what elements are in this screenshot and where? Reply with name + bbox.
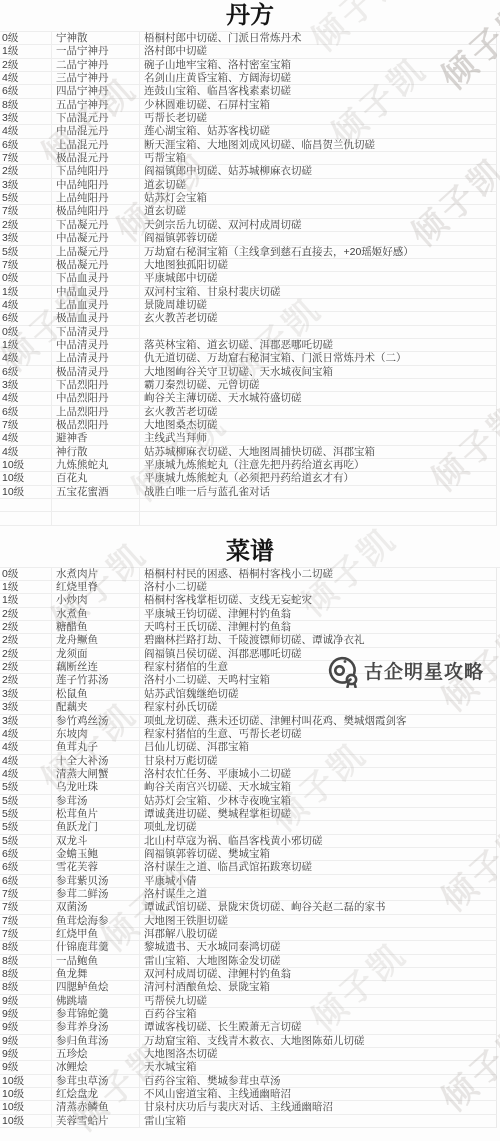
source-cell: 不风山密道宝箱、主线通幽暗沼 [140, 1088, 496, 1100]
name-cell: 藕断丝连 [52, 661, 140, 673]
name-cell: 中品血灵丹 [52, 286, 140, 298]
table-row: 6级参茸紫贝汤平康城小倩 [0, 875, 497, 888]
name-cell: 极品清灵丹 [52, 366, 140, 378]
source-cell: 平康城小倩 [140, 875, 496, 887]
level-cell: 8级 [0, 981, 52, 993]
name-cell: 极品烈阳丹 [52, 419, 140, 431]
level-cell: 2级 [0, 219, 52, 231]
source-cell: 平康城王钧切磋、津鲤村钓鱼翁 [140, 608, 496, 620]
logo-badge-icon [326, 653, 359, 688]
name-cell: 参归鱼茸汤 [52, 1035, 140, 1047]
level-cell: 4级 [0, 755, 52, 767]
source-cell: 梧桐村村民的困惑、梧桐村客栈小二切磋 [140, 568, 496, 580]
source-cell: 姑苏灯会宝箱、少林寺夜晚宝箱 [140, 795, 496, 807]
level-cell: 5级 [0, 795, 52, 807]
table-row [0, 512, 497, 525]
source-cell: 项虬龙切磋、燕未还切磋、津鲤村叫花鸡、樊城烟霞剑客 [140, 715, 496, 727]
source-cell: 洛村谋生之道、临昌武馆拓跋寒切磋 [140, 861, 496, 873]
name-cell [52, 499, 140, 511]
table-row: 5级松茸鱼片谭诚龚进切磋、樊城程掌柜切磋 [0, 808, 497, 821]
level-cell: 10级 [0, 472, 52, 484]
name-cell: 中品烈阳丹 [52, 392, 140, 404]
name-cell: 莲子竹荪汤 [52, 674, 140, 686]
name-cell: 松茸鱼片 [52, 808, 140, 820]
table-row: 1级一品宁神丹洛村郎中切磋 [0, 45, 497, 58]
source-cell: 道玄切磋 [140, 179, 496, 191]
name-cell: 鱼跃龙门 [52, 821, 140, 833]
level-cell: 9级 [0, 1035, 52, 1047]
source-cell: 落英林宝箱、道玄切磋、洱郡恶哪吒切磋 [140, 339, 496, 351]
level-cell: 9级 [0, 1048, 52, 1060]
table-row: 10级参茸虫草汤百药谷宝箱、樊城参茸虫草汤 [0, 1075, 497, 1088]
name-cell: 红烧甲鱼 [52, 928, 140, 940]
table-row: 6级极品血灵丹玄火教苦老切磋 [0, 312, 497, 325]
source-cell: 大地图桑杰切磋 [140, 419, 496, 431]
table-row: 7级极品混元丹丐帮宝箱 [0, 152, 497, 165]
source-cell: 天鸣村王氏切磋、津鲤村钓鱼翁 [140, 621, 496, 633]
table-row: 6级四品宁神丹连鼓山宝箱、临昌客栈素素切磋 [0, 85, 497, 98]
name-cell: 中品混元丹 [52, 125, 140, 137]
level-cell: 4级 [0, 768, 52, 780]
table-row: 1级中品清灵丹落英林宝箱、道玄切磋、洱郡恶哪吒切磋 [0, 339, 497, 352]
name-cell: 参茸养身汤 [52, 1021, 140, 1033]
level-cell: 8级 [0, 99, 52, 111]
level-cell: 7级 [0, 205, 52, 217]
name-cell: 一品宁神丹 [52, 45, 140, 57]
table-row: 2级下品凝元丹天剑宗岳九切磋、双河村成周切磋 [0, 219, 497, 232]
level-cell: 1级 [0, 581, 52, 593]
table-row: 9级冰鲤烩天水城宝箱 [0, 1061, 497, 1074]
name-cell: 清蒸赤鳞鱼 [52, 1101, 140, 1113]
source-cell: 霸刀秦烈切磋、元曾切磋 [140, 379, 496, 391]
level-cell: 6级 [0, 366, 52, 378]
table-row: 4级三品宁神丹名剑山庄黄昏宝箱、方阔海切磋 [0, 72, 497, 85]
table-row: 10级五宝花蜜酒战胜白唯一后与蓝孔雀对话 [0, 486, 497, 499]
source-cell: 名剑山庄黄昏宝箱、方阔海切磋 [140, 72, 496, 84]
table-row: 8级五品宁神丹少林圆难切磋、石屏村宝箱 [0, 99, 497, 112]
name-cell: 九炼熊蛇丸 [52, 459, 140, 471]
name-cell: 极品纯阳丹 [52, 205, 140, 217]
table-row: 6级雪花芙蓉洛村谋生之道、临昌武馆拓跋寒切磋 [0, 861, 497, 874]
table-row: 0级下品血灵丹平康城郎中切磋 [0, 272, 497, 285]
level-cell: 7级 [0, 915, 52, 927]
level-cell: 6级 [0, 848, 52, 860]
name-cell: 龙须面 [52, 648, 140, 660]
level-cell [0, 512, 52, 524]
level-cell: 4级 [0, 299, 52, 311]
level-cell: 5级 [0, 246, 52, 258]
level-cell: 7级 [0, 259, 52, 271]
table-row: 2级糖醋鱼天鸣村王氏切磋、津鲤村钓鱼翁 [0, 621, 497, 634]
name-cell: 二品宁神丹 [52, 59, 140, 71]
section-丹方: 丹方0级宁神散梧桐村郎中切磋、门派日常炼丹术1级一品宁神丹洛村郎中切磋2级二品宁… [0, 0, 500, 526]
name-cell: 极品血灵丹 [52, 312, 140, 324]
name-cell: 百花丸 [52, 472, 140, 484]
name-cell: 双菌汤 [52, 901, 140, 913]
source-cell: 大地图独孤阳切磋 [140, 259, 496, 271]
source-cell: 大地图王铁胆切磋 [140, 915, 496, 927]
name-cell: 中品纯阳丹 [52, 179, 140, 191]
table-row: 6级极品清灵丹大地图峋谷关守卫切磋、天水城夜间宝箱 [0, 366, 497, 379]
table-row: 5级双龙斗北山村草寇为祸、临昌客栈黄小邪切磋 [0, 835, 497, 848]
table-row: 9级参归鱼茸汤万劫窟宝箱、支线青木救衣、大地图陈茹儿切磋 [0, 1035, 497, 1048]
source-cell: 梧桐村郎中切磋、门派日常炼丹术 [140, 32, 496, 44]
guide-image: 倾子凯倾子凯倾子凯倾子凯倾子凯倾子凯倾子凯倾子凯倾子凯倾子凯倾子凯倾子凯倾子凯倾… [0, 0, 500, 1141]
name-cell: 芙蓉雪蛤片 [52, 1115, 140, 1127]
name-cell: 上品凝元丹 [52, 246, 140, 258]
source-cell: 清河村酒酿鱼烩、景陇宝箱 [140, 981, 496, 993]
level-cell: 8级 [0, 955, 52, 967]
level-cell: 10级 [0, 486, 52, 498]
source-cell: 丐帮宝箱 [140, 152, 496, 164]
source-cell: 丐帮长老切磋 [140, 112, 496, 124]
table-row: 10级红烩盘龙不风山密道宝箱、主线通幽暗沼 [0, 1088, 497, 1101]
source-cell: 阎福镇郎中切磋、姑苏城柳麻衣切磋 [140, 165, 496, 177]
source-cell: 雷山宝箱、大地图陈金发切磋 [140, 955, 496, 967]
name-cell: 参茸紫贝汤 [52, 875, 140, 887]
source-cell: 谭诚客栈切磋、长生殿萧无言切磋 [140, 1021, 496, 1033]
section-gap [0, 526, 500, 536]
name-cell: 四腮鲈鱼烩 [52, 981, 140, 993]
level-cell: 10级 [0, 1115, 52, 1127]
source-cell: 平康城九炼熊蛇丸（必须把丹药给道玄才有） [140, 472, 496, 484]
table-row: 3级配藕夹程家村孙氏切磋 [0, 701, 497, 714]
source-cell: 玄火教苦老切磋 [140, 312, 496, 324]
name-cell: 四品宁神丹 [52, 85, 140, 97]
level-cell: 6级 [0, 85, 52, 97]
source-cell: 丐帮侯九切磋 [140, 995, 496, 1007]
source-cell: 道玄切磋 [140, 205, 496, 217]
name-cell: 水煮肉片 [52, 568, 140, 580]
table-row: 5级鱼跃龙门项虬龙切磋 [0, 821, 497, 834]
level-cell: 6级 [0, 312, 52, 324]
table-row: 7级鱼茸烩海参大地图王铁胆切磋 [0, 915, 497, 928]
name-cell: 什锦鹿茸羹 [52, 941, 140, 953]
name-cell: 上品烈阳丹 [52, 406, 140, 418]
level-cell: 7级 [0, 928, 52, 940]
name-cell: 冰鲤烩 [52, 1061, 140, 1073]
table-row: 4级神行散姑苏城柳麻衣切磋、大地图周捕快切磋、洱郡宝箱 [0, 446, 497, 459]
table-row: 10级九炼熊蛇丸平康城九炼熊蛇丸（注意先把丹药给道玄再吃） [0, 459, 497, 472]
source-cell: 天剑宗岳九切磋、双河村成周切磋 [140, 219, 496, 231]
source-cell: 程家村猪倌的生意、丐帮长老切磋 [140, 728, 496, 740]
name-cell: 参茸锦蛇羹 [52, 1008, 140, 1020]
table-row: 7级极品烈阳丹大地图桑杰切磋 [0, 419, 497, 432]
name-cell: 小炒肉 [52, 594, 140, 606]
level-cell: 9级 [0, 1008, 52, 1020]
name-cell: 五珍烩 [52, 1048, 140, 1060]
table-row: 2级下品纯阳丹阎福镇郎中切磋、姑苏城柳麻衣切磋 [0, 165, 497, 178]
level-cell: 4级 [0, 446, 52, 458]
name-cell: 配藕夹 [52, 701, 140, 713]
name-cell: 清蒸大闸蟹 [52, 768, 140, 780]
table-row: 2级水煮鱼平康城王钧切磋、津鲤村钓鱼翁 [0, 608, 497, 621]
table-row: 4级鱼茸丸子吕仙儿切磋、洱郡宝箱 [0, 741, 497, 754]
level-cell: 0级 [0, 272, 52, 284]
name-cell: 避神香 [52, 432, 140, 444]
source-cell: 少林圆难切磋、石屏村宝箱 [140, 99, 496, 111]
name-cell: 神行散 [52, 446, 140, 458]
level-cell: 8级 [0, 941, 52, 953]
level-cell: 1级 [0, 339, 52, 351]
name-cell: 红烩盘龙 [52, 1088, 140, 1100]
bottom-padding [0, 1128, 500, 1140]
table-row: 4级避神香主线武当拜师 [0, 432, 497, 445]
level-cell: 5级 [0, 821, 52, 833]
level-cell: 2级 [0, 608, 52, 620]
table-row: 3级中品纯阳丹道玄切磋 [0, 179, 497, 192]
source-cell: 玄火教苦老切磋 [140, 406, 496, 418]
level-cell: 10级 [0, 1088, 52, 1100]
table-row: 6级金蟾玉鲍阎福镇郭蓉切磋、樊城宝箱 [0, 848, 497, 861]
source-cell: 平康城九炼熊蛇丸（注意先把丹药给道玄再吃） [140, 459, 496, 471]
table-row [0, 499, 497, 512]
table-row: 6级上品烈阳丹玄火教苦老切磋 [0, 406, 497, 419]
table-row: 1级中品血灵丹双河村宝箱、甘泉村裴庆切磋 [0, 286, 497, 299]
source-cell: 姑苏城柳麻衣切磋、大地图周捕快切磋、洱郡宝箱 [140, 446, 496, 458]
name-cell: 金蟾玉鲍 [52, 848, 140, 860]
guide-table: 丹方0级宁神散梧桐村郎中切磋、门派日常炼丹术1级一品宁神丹洛村郎中切磋2级二品宁… [0, 0, 500, 1140]
table-row: 2级二品宁神丹碗子山地牢宝箱、洛村密室宝箱 [0, 59, 497, 72]
name-cell: 糖醋鱼 [52, 621, 140, 633]
source-cell: 黎城遗书、天水城同泰鸿切磋 [140, 941, 496, 953]
source-cell: 大地图洛杰切磋 [140, 1048, 496, 1060]
name-cell: 极品凝元丹 [52, 259, 140, 271]
level-cell: 2级 [0, 648, 52, 660]
table-row: 5级参茸汤姑苏灯会宝箱、少林寺夜晚宝箱 [0, 795, 497, 808]
table-row: 9级参茸养身汤谭诚客栈切磋、长生殿萧无言切磋 [0, 1021, 497, 1034]
table-row: 3级松鼠鱼姑苏武馆魏继绝切磋 [0, 688, 497, 701]
name-cell: 参茸二鲜汤 [52, 888, 140, 900]
level-cell: 4级 [0, 392, 52, 404]
name-cell: 十全大补汤 [52, 755, 140, 767]
name-cell: 松鼠鱼 [52, 688, 140, 700]
table-row: 0级宁神散梧桐村郎中切磋、门派日常炼丹术 [0, 32, 497, 45]
name-cell: 龙舟鳜鱼 [52, 634, 140, 646]
name-cell: 上品混元丹 [52, 139, 140, 151]
source-cell: 峋谷关主薄切磋、天水城符盛切磋 [140, 392, 496, 404]
name-cell [52, 512, 140, 524]
name-cell: 参茸虫草汤 [52, 1075, 140, 1087]
level-cell: 9级 [0, 995, 52, 1007]
level-cell: 5级 [0, 781, 52, 793]
name-cell: 下品纯阳丹 [52, 165, 140, 177]
level-cell: 3级 [0, 232, 52, 244]
level-cell: 0级 [0, 32, 52, 44]
level-cell: 2级 [0, 674, 52, 686]
source-cell: 平康城郎中切磋 [140, 272, 496, 284]
source-cell: 姑苏武馆魏继绝切磋 [140, 688, 496, 700]
source-cell: 甘泉村庆功后与裴庆对话、主线通幽暗沼 [140, 1101, 496, 1113]
table-row: 7级红烧甲鱼洱郡解八股切磋 [0, 928, 497, 941]
table-row: 4级上品血灵丹景陇周雄切磋 [0, 299, 497, 312]
table-row: 5级上品凝元丹万劫窟右秘洞宝箱（主线拿到慈石直接去，+20瑶姬好感） [0, 246, 497, 259]
level-cell: 2级 [0, 634, 52, 646]
level-cell: 4级 [0, 432, 52, 444]
table-row: 4级中品烈阳丹峋谷关主薄切磋、天水城符盛切磋 [0, 392, 497, 405]
source-cell: 雷山宝箱 [140, 1115, 496, 1127]
source-cell: 万劫窟右秘洞宝箱（主线拿到慈石直接去，+20瑶姬好感） [140, 246, 496, 258]
name-cell: 下品烈阳丹 [52, 379, 140, 391]
level-cell: 5级 [0, 808, 52, 820]
source-cell: 洛村谋生之道 [140, 888, 496, 900]
level-cell: 6级 [0, 861, 52, 873]
level-cell: 9级 [0, 1021, 52, 1033]
level-cell: 3级 [0, 179, 52, 191]
name-cell: 五宝花蜜酒 [52, 486, 140, 498]
level-cell: 5级 [0, 192, 52, 204]
level-cell: 2级 [0, 165, 52, 177]
table-row: 7级极品凝元丹大地图独孤阳切磋 [0, 259, 497, 272]
source-cell: 连鼓山宝箱、临昌客栈素素切磋 [140, 85, 496, 97]
table-row: 7级参茸二鲜汤洛村谋生之道 [0, 888, 497, 901]
level-cell: 7级 [0, 901, 52, 913]
source-cell: 阎福镇郭蓉切磋、樊城宝箱 [140, 848, 496, 860]
source-cell: 甘泉村万彪切磋 [140, 755, 496, 767]
source-cell: 仇无道切磋、万劫窟右秘洞宝箱、门派日常炼丹术（二） [140, 352, 496, 364]
rows-container: 0级水煮肉片梧桐村村民的困惑、梧桐村客栈小二切磋1级红烧里脊洛村小二切磋1级小炒… [0, 567, 500, 1128]
source-cell: 谭诚武馆切磋、景陇宋货切磋、峋谷关赵二磊的家书 [140, 901, 496, 913]
level-cell: 4级 [0, 728, 52, 740]
name-cell: 宁神散 [52, 32, 140, 44]
name-cell: 三品宁神丹 [52, 72, 140, 84]
section-title: 丹方 [0, 0, 500, 31]
table-row: 3级下品混元丹丐帮长老切磋 [0, 112, 497, 125]
table-row: 10级清蒸赤鳞鱼甘泉村庆功后与裴庆对话、主线通幽暗沼 [0, 1101, 497, 1114]
level-cell: 3级 [0, 379, 52, 391]
table-row: 10级百花丸平康城九炼熊蛇丸（必须把丹药给道玄才有） [0, 472, 497, 485]
level-cell: 2级 [0, 661, 52, 673]
level-cell: 3级 [0, 715, 52, 727]
table-row: 0级下品清灵丹 [0, 326, 497, 339]
name-cell: 鱼龙舞 [52, 968, 140, 980]
source-cell: 程家村孙氏切磋 [140, 701, 496, 713]
level-cell: 3级 [0, 701, 52, 713]
level-cell [0, 499, 52, 511]
name-cell: 双龙斗 [52, 835, 140, 847]
name-cell: 一品鲍鱼 [52, 955, 140, 967]
name-cell: 上品清灵丹 [52, 352, 140, 364]
source-cell: 百药谷宝箱 [140, 1008, 496, 1020]
source-cell: 洛村农忙任务、平康城小二切磋 [140, 768, 496, 780]
level-cell: 7级 [0, 419, 52, 431]
name-cell: 鱼茸丸子 [52, 741, 140, 753]
source-cell: 天水城宝箱 [140, 1061, 496, 1073]
table-row: 9级五珍烩大地图洛杰切磋 [0, 1048, 497, 1061]
name-cell: 五品宁神丹 [52, 99, 140, 111]
table-row: 8级什锦鹿茸羹黎城遗书、天水城同泰鸿切磋 [0, 941, 497, 954]
name-cell: 雪花芙蓉 [52, 861, 140, 873]
source-cell: 万劫窟宝箱、支线青木救衣、大地图陈茹儿切磋 [140, 1035, 496, 1047]
level-cell: 10级 [0, 1075, 52, 1087]
table-row: 9级佛跳墙丐帮侯九切磋 [0, 995, 497, 1008]
level-cell: 9级 [0, 1061, 52, 1073]
table-row: 4级上品清灵丹仇无道切磋、万劫窟右秘洞宝箱、门派日常炼丹术（二） [0, 352, 497, 365]
source-cell: 谭诚龚进切磋、樊城程掌柜切磋 [140, 808, 496, 820]
name-cell: 参竹鸡丝汤 [52, 715, 140, 727]
name-cell: 水煮鱼 [52, 608, 140, 620]
source-cell: 景陇周雄切磋 [140, 299, 496, 311]
table-row: 1级红烧里脊洛村小二切磋 [0, 581, 497, 594]
table-row: 2级龙舟鳜鱼碧幽林拦路打劫、千陵渡镖师切磋、谭诚净衣礼 [0, 634, 497, 647]
source-cell: 阎福镇郭蓉切磋 [140, 232, 496, 244]
level-cell: 4级 [0, 352, 52, 364]
source-cell: 战胜白唯一后与蓝孔雀对话 [140, 486, 496, 498]
table-row: 8级一品鲍鱼雷山宝箱、大地图陈金发切磋 [0, 955, 497, 968]
name-cell: 东坡肉 [52, 728, 140, 740]
source-cell [140, 326, 496, 338]
source-cell: 双河村成周切磋、津鲤村钓鱼翁 [140, 968, 496, 980]
table-row: 4级东坡肉程家村猪倌的生意、丐帮长老切磋 [0, 728, 497, 741]
name-cell: 佛跳墙 [52, 995, 140, 1007]
source-cell: 梧桐村客栈掌柜切磋、支线无妄蛇灾 [140, 594, 496, 606]
source-cell: 碧幽林拦路打劫、千陵渡镖师切磋、谭诚净衣礼 [140, 634, 496, 646]
level-cell: 7级 [0, 888, 52, 900]
name-cell: 下品清灵丹 [52, 326, 140, 338]
table-row: 0级水煮肉片梧桐村村民的困惑、梧桐村客栈小二切磋 [0, 568, 497, 581]
source-cell: 北山村草寇为祸、临昌客栈黄小邪切磋 [140, 835, 496, 847]
source-cell: 断天涯宝箱、大地图刘成风切磋、临昌贺兰仇切磋 [140, 139, 496, 151]
name-cell: 下品凝元丹 [52, 219, 140, 231]
level-cell: 4级 [0, 741, 52, 753]
table-row: 10级芙蓉雪蛤片雷山宝箱 [0, 1115, 497, 1128]
logo-text: 古企明星攻略 [364, 657, 484, 684]
name-cell: 下品血灵丹 [52, 272, 140, 284]
source-cell: 碗子山地牢宝箱、洛村密室宝箱 [140, 59, 496, 71]
source-cell: 主线武当拜师 [140, 432, 496, 444]
level-cell: 10级 [0, 459, 52, 471]
source-cell: 洱郡解八股切磋 [140, 928, 496, 940]
source-cell: 峋谷关南宫兴切磋、天水城宝箱 [140, 781, 496, 793]
table-row: 5级上品纯阳丹姑苏灯会宝箱 [0, 192, 497, 205]
level-cell: 6级 [0, 875, 52, 887]
name-cell: 中品清灵丹 [52, 339, 140, 351]
table-row: 4级十全大补汤甘泉村万彪切磋 [0, 755, 497, 768]
table-row: 4级清蒸大闸蟹洛村农忙任务、平康城小二切磋 [0, 768, 497, 781]
name-cell: 中品凝元丹 [52, 232, 140, 244]
source-cell: 姑苏灯会宝箱 [140, 192, 496, 204]
level-cell: 3级 [0, 688, 52, 700]
level-cell: 7级 [0, 152, 52, 164]
name-cell: 下品混元丹 [52, 112, 140, 124]
section-title: 菜谱 [0, 536, 500, 567]
table-row: 7级双菌汤谭诚武馆切磋、景陇宋货切磋、峋谷关赵二磊的家书 [0, 901, 497, 914]
source-cell [140, 499, 496, 511]
source-cell: 百药谷宝箱、樊城参茸虫草汤 [140, 1075, 496, 1087]
level-cell: 1级 [0, 45, 52, 57]
table-row: 3级中品凝元丹阎福镇郭蓉切磋 [0, 232, 497, 245]
guide-logo: 古企明星攻略 [326, 653, 484, 688]
table-row: 9级参茸锦蛇羹百药谷宝箱 [0, 1008, 497, 1021]
source-cell: 大地图峋谷关守卫切磋、天水城夜间宝箱 [140, 366, 496, 378]
level-cell: 0级 [0, 568, 52, 580]
table-row: 7级极品纯阳丹道玄切磋 [0, 205, 497, 218]
source-cell: 项虬龙切磋 [140, 821, 496, 833]
source-cell: 吕仙儿切磋、洱郡宝箱 [140, 741, 496, 753]
table-row: 3级参竹鸡丝汤项虬龙切磋、燕未还切磋、津鲤村叫花鸡、樊城烟霞剑客 [0, 715, 497, 728]
level-cell: 0级 [0, 326, 52, 338]
name-cell: 上品血灵丹 [52, 299, 140, 311]
table-row: 8级鱼龙舞双河村成周切磋、津鲤村钓鱼翁 [0, 968, 497, 981]
section-菜谱: 菜谱0级水煮肉片梧桐村村民的困惑、梧桐村客栈小二切磋1级红烧里脊洛村小二切磋1级… [0, 526, 500, 1128]
table-row: 5级乌龙吐珠峋谷关南宫兴切磋、天水城宝箱 [0, 781, 497, 794]
level-cell: 3级 [0, 112, 52, 124]
level-cell: 8级 [0, 968, 52, 980]
name-cell: 极品混元丹 [52, 152, 140, 164]
name-cell: 红烧里脊 [52, 581, 140, 593]
name-cell: 参茸汤 [52, 795, 140, 807]
level-cell: 5级 [0, 835, 52, 847]
